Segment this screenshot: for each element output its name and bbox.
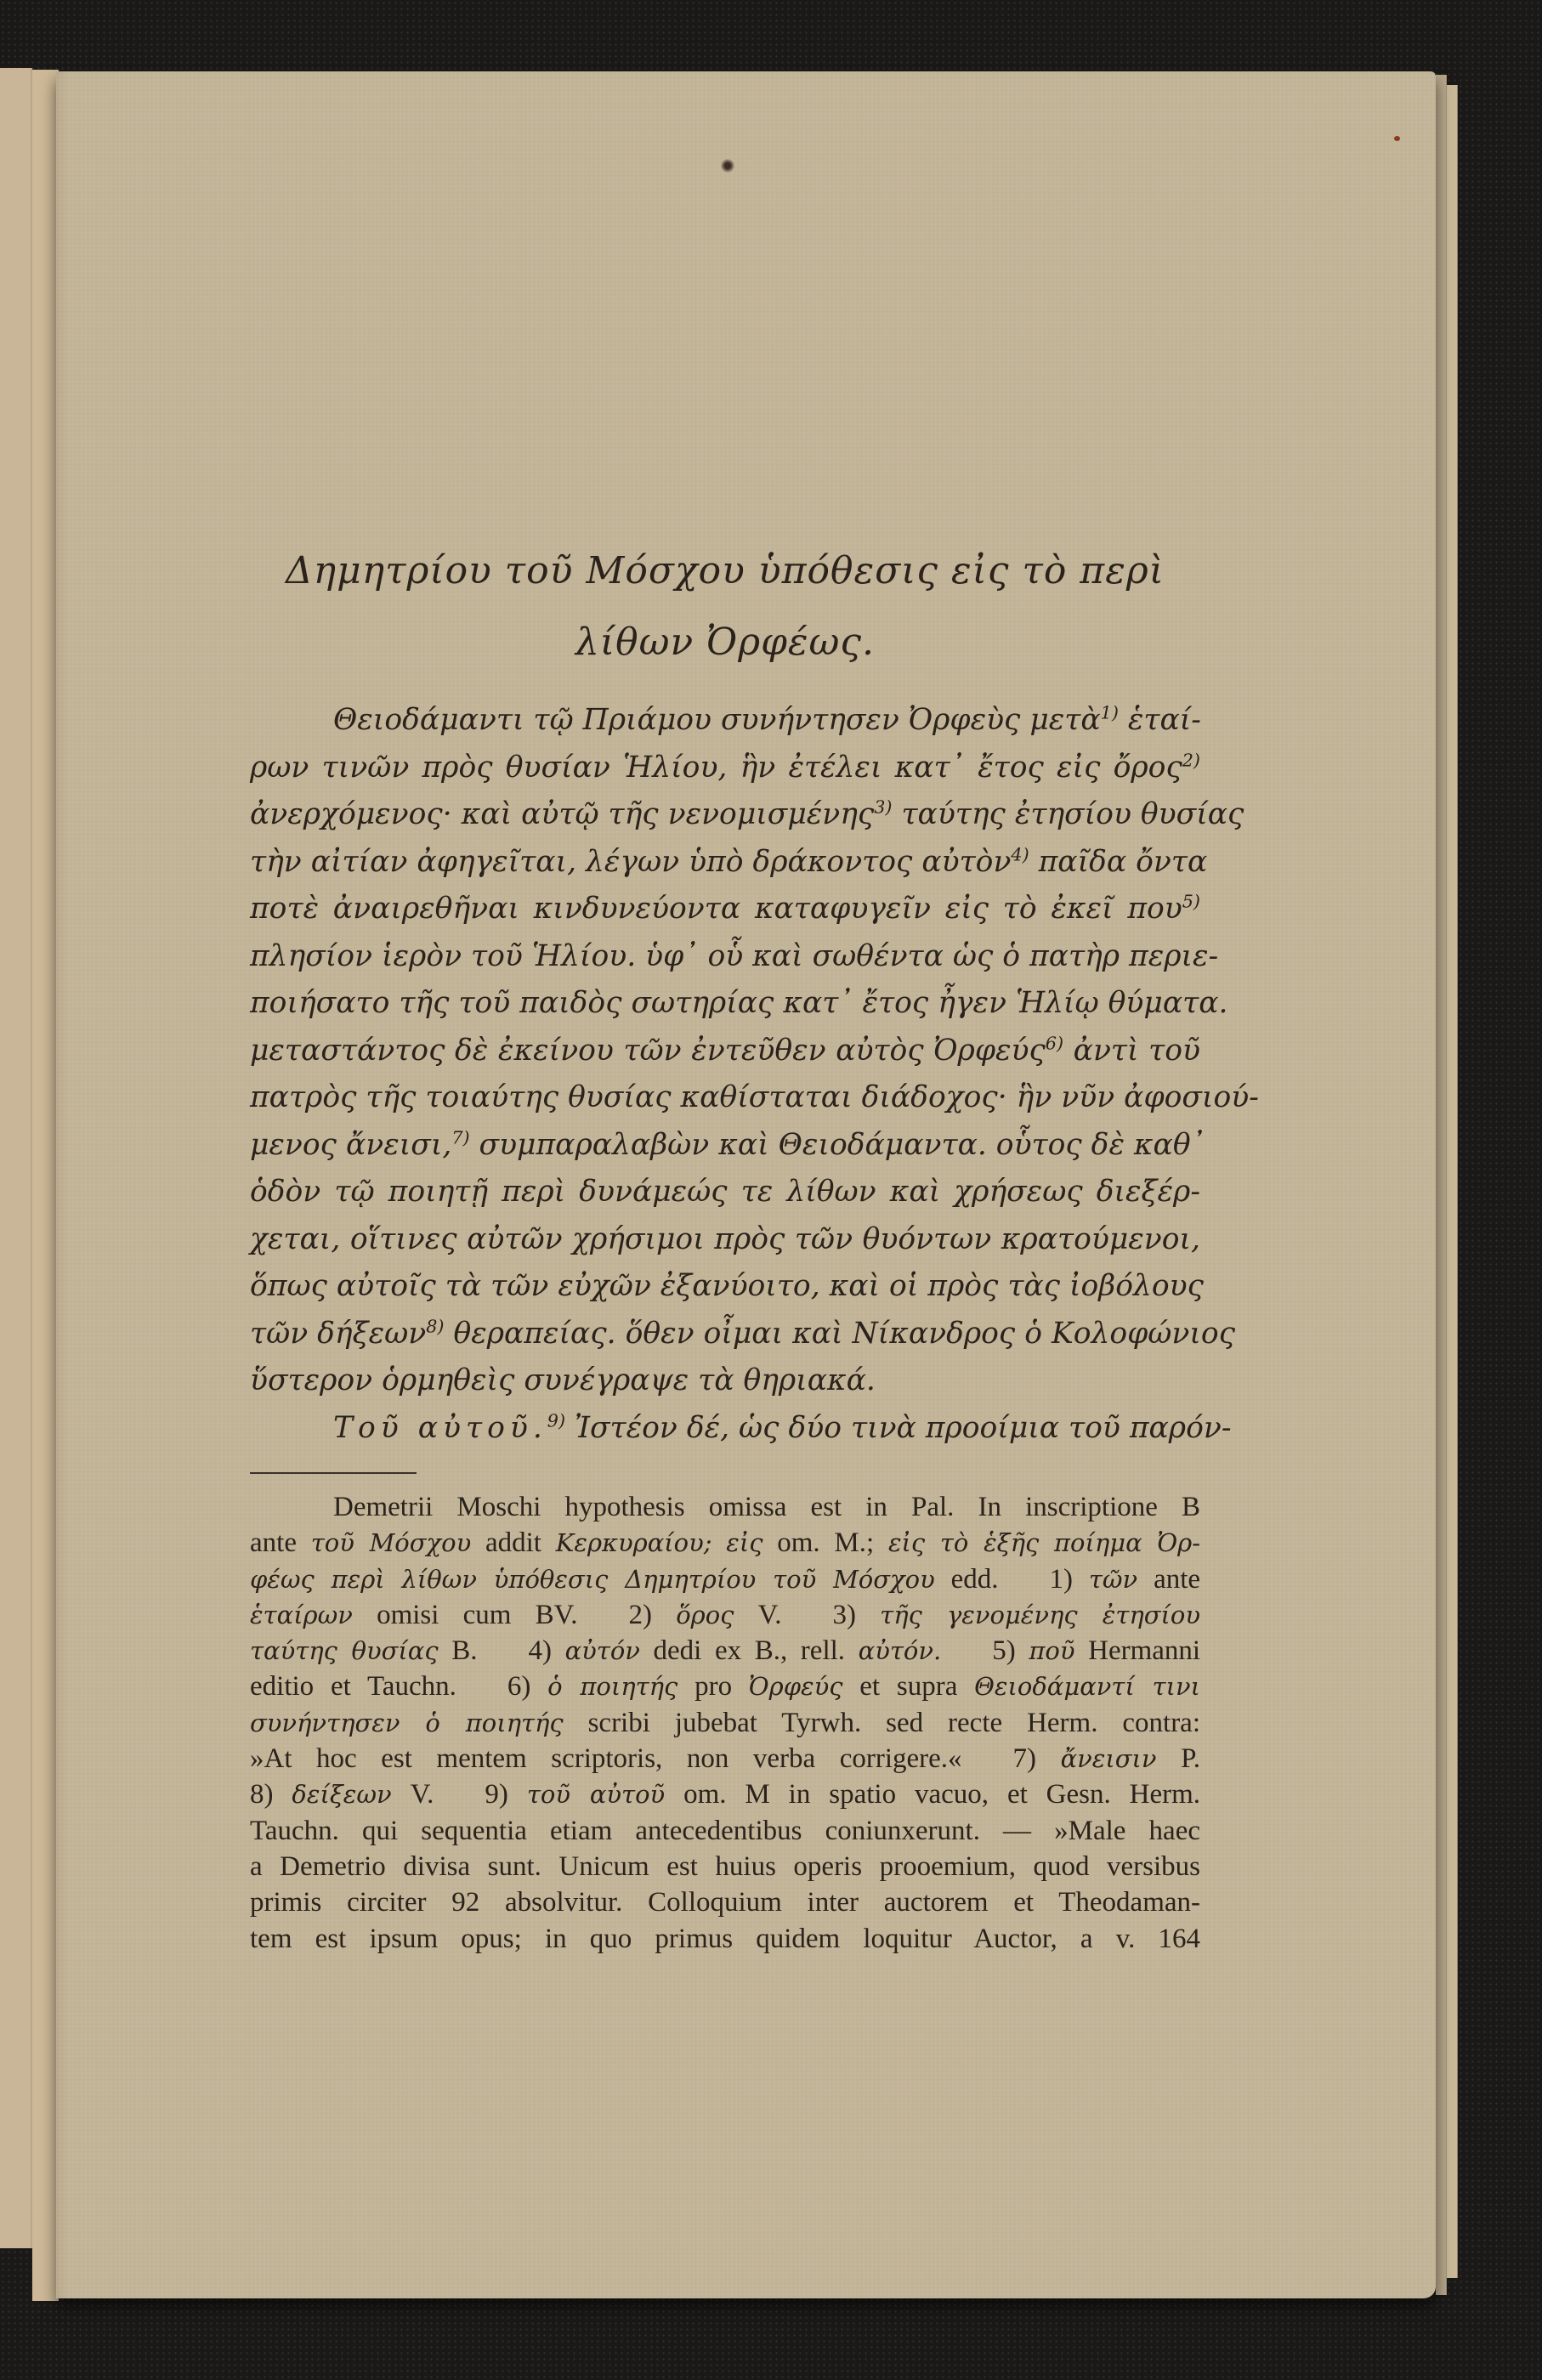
text-line: Τοῦ αὐτοῦ.9) Ἰστέον δέ, ὡς δύο τινὰ προο… [250,1405,1200,1453]
text-line: ὕστερον ὁρμηθεὶς συνέγραψε τὰ θηριακά. [250,1357,1200,1405]
text-line: ἀνερχόμενος· καὶ αὐτῷ τῆς νενομισμένης3)… [250,791,1200,839]
text-line: τὴν αἰτίαν ἀφηγεῖται, λέγων ὑπὸ δράκοντο… [250,839,1200,887]
text-line: μενος ἄνεισι,7) συμπαραλαβὼν καὶ Θειοδάμ… [250,1122,1200,1170]
footnote-marker: 6) [1046,1033,1063,1053]
title-line: Δημητρίου τοῦ Μόσχου ὑπόθεσις εἰς τὸ περ… [250,535,1200,607]
ink-spot [721,159,734,173]
footnote-line: ante τοῦ Μόσχου addit Κερκυραίου; εἰς om… [250,1525,1200,1561]
text-line: Θειοδάμαντι τῷ Πριάμου συνήντησεν Ὀρφεὺς… [250,697,1200,745]
footnote-divider [250,1472,417,1474]
page-text-block: Δημητρίου τοῦ Μόσχου ὑπόθεσις εἰς τὸ περ… [250,535,1200,1957]
text-line: ὁδὸν τῷ ποιητῇ περὶ δυνάμεώς τε λίθων κα… [250,1169,1200,1216]
footnote-line: Tauchn. qui sequentia etiam antecedentib… [250,1813,1200,1849]
foxing-spot [1394,136,1400,141]
binding-strip-outer [0,68,32,2248]
greek-text-body: Θειοδάμαντι τῷ Πριάμου συνήντησεν Ὀρφεὺς… [250,697,1200,1452]
title-line: λίθων Ὀρφέως. [250,607,1200,678]
page-edge-back [1447,85,1458,2278]
text-line: πλησίον ἱερὸν τοῦ Ἡλίου. ὑφ᾽ οὗ καὶ σωθέ… [250,933,1200,981]
footnote-marker: 5) [1182,892,1200,912]
footnote-line: editio et Tauchn.6) ὁ ποιητής pro Ὀρφεύς… [250,1669,1200,1704]
text-line: ὅπως αὐτοῖς τὰ τῶν εὐχῶν ἐξανύοιτο, καὶ … [250,1263,1200,1311]
footnote-line: ταύτης θυσίας B.4) αὐτόν dedi ex B., rel… [250,1633,1200,1669]
text-line: πατρὸς τῆς τοιαύτης θυσίας καθίσταται δι… [250,1074,1200,1122]
text-line: τῶν δήξεων8) θεραπείας. ὅθεν οἶμαι καὶ Ν… [250,1311,1200,1358]
footnote-marker: 4) [1011,844,1029,864]
footnote-marker: 8) [426,1316,444,1336]
footnote-marker: 9) [547,1410,565,1431]
footnote-marker: 3) [874,797,892,818]
page-edge [1436,75,1447,2295]
footnote-line: »At hoc est mentem scriptoris, non verba… [250,1741,1200,1776]
footnote-marker: 7) [451,1127,469,1147]
footnote-line: 8) δείξεων V.9) τοῦ αὐτοῦ om. M in spati… [250,1776,1200,1812]
footnote-line: a Demetrio divisa sunt. Unicum est huius… [250,1849,1200,1884]
text-line: μεταστάντος δὲ ἐκείνου τῶν ἐντεῦθεν αὐτὸ… [250,1028,1200,1075]
page-title: Δημητρίου τοῦ Μόσχου ὑπόθεσις εἰς τὸ περ… [250,535,1200,678]
footnote-marker: 2) [1182,750,1200,770]
footnote-line: primis circiter 92 absolvitur. Colloquiu… [250,1884,1200,1920]
footnote-line: συνήντησεν ὁ ποιητής scribi jubebat Tyrw… [250,1705,1200,1741]
footnote-line: tem est ipsum opus; in quo primus quidem… [250,1921,1200,1957]
footnote-line: φέως περὶ λίθων ὑπόθεσις Δημητρίου τοῦ Μ… [250,1561,1200,1597]
text-line: ρων τινῶν πρὸς θυσίαν Ἡλίου, ἣν ἐτέλει κ… [250,745,1200,792]
footnote-line: ἑταίρων omisi cum BV.2) ὅρος V.3) τῆς γε… [250,1597,1200,1633]
text-line: ποιήσατο τῆς τοῦ παιδὸς σωτηρίας κατ᾽ ἔτ… [250,980,1200,1028]
footnote-line: Demetrii Moschi hypothesis omissa est in… [250,1489,1200,1525]
footnote-marker: 1) [1101,703,1119,723]
footnotes: Demetrii Moschi hypothesis omissa est in… [250,1489,1200,1957]
text-line: ποτὲ ἀναιρεθῆναι κινδυνεύοντα καταφυγεῖν… [250,886,1200,933]
text-line: χεται, οἵτινες αὐτῶν χρήσιμοι πρὸς τῶν θ… [250,1216,1200,1264]
binding-strip-inner [32,70,59,2301]
